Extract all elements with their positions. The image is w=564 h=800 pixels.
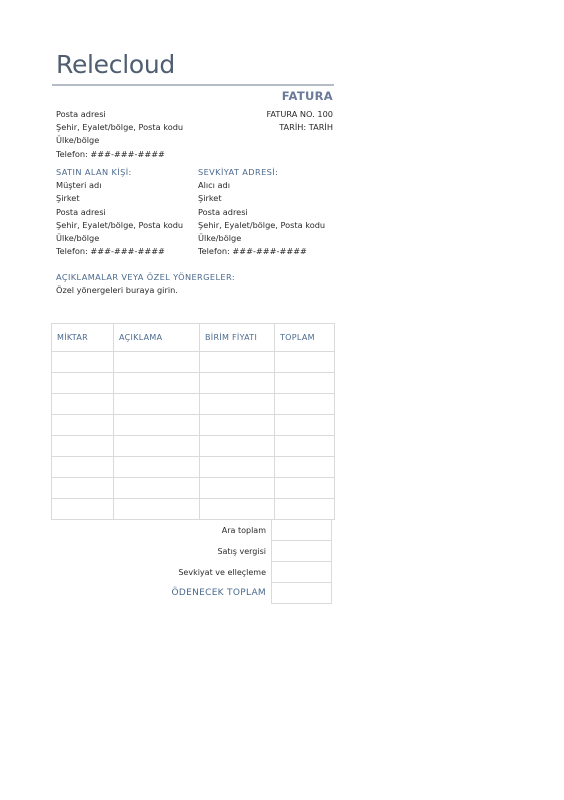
table-row bbox=[52, 499, 335, 520]
sender-line: Ülke/bölge bbox=[56, 134, 183, 147]
buyer-line: Telefon: ###-###-#### bbox=[56, 245, 183, 258]
table-cell[interactable] bbox=[114, 499, 200, 520]
table-cell[interactable] bbox=[200, 415, 275, 436]
buyer-line: Ülke/bölge bbox=[56, 232, 183, 245]
table-cell[interactable] bbox=[275, 373, 335, 394]
table-cell[interactable] bbox=[200, 394, 275, 415]
buyer-line: Posta adresi bbox=[56, 206, 183, 219]
table-cell[interactable] bbox=[52, 394, 114, 415]
table-cell[interactable] bbox=[200, 373, 275, 394]
buyer-line: Müşteri adı bbox=[56, 179, 183, 192]
table-cell[interactable] bbox=[52, 457, 114, 478]
totals-label: Ara toplam bbox=[51, 520, 272, 541]
buyer-block: SATIN ALAN KİŞİ: Müşteri adı Şirket Post… bbox=[56, 166, 183, 258]
table-cell[interactable] bbox=[52, 415, 114, 436]
table-cell[interactable] bbox=[114, 436, 200, 457]
table-cell[interactable] bbox=[52, 373, 114, 394]
shipping-line: Şehir, Eyalet/bölge, Posta kodu bbox=[198, 219, 325, 232]
header-divider bbox=[52, 84, 334, 86]
table-row bbox=[52, 352, 335, 373]
notes-text[interactable]: Özel yönergeleri buraya girin. bbox=[56, 284, 235, 297]
table-cell[interactable] bbox=[200, 499, 275, 520]
shipping-block: SEVKİYAT ADRESİ: Alıcı adı Şirket Posta … bbox=[198, 166, 325, 258]
totals-row: Satış vergisi bbox=[51, 541, 332, 562]
sender-line: Posta adresi bbox=[56, 108, 183, 121]
table-cell[interactable] bbox=[52, 352, 114, 373]
document-title: FATURA bbox=[282, 89, 333, 103]
table-cell[interactable] bbox=[114, 373, 200, 394]
table-cell[interactable] bbox=[52, 478, 114, 499]
table-cell[interactable] bbox=[114, 478, 200, 499]
table-cell[interactable] bbox=[275, 457, 335, 478]
table-row bbox=[52, 394, 335, 415]
company-name: Relecloud bbox=[56, 50, 175, 79]
shipping-line: Şirket bbox=[198, 192, 325, 205]
table-cell[interactable] bbox=[275, 478, 335, 499]
totals-row: Ara toplam bbox=[51, 520, 332, 541]
totals-label: Sevkiyat ve elleçleme bbox=[51, 562, 272, 583]
col-total: TOPLAM bbox=[275, 324, 335, 352]
col-quantity: MİKTAR bbox=[52, 324, 114, 352]
invoice-date: TARİH: TARİH bbox=[266, 121, 333, 134]
buyer-line: Şehir, Eyalet/bölge, Posta kodu bbox=[56, 219, 183, 232]
shipping-line: Alıcı adı bbox=[198, 179, 325, 192]
table-cell[interactable] bbox=[200, 478, 275, 499]
shipping-line: Telefon: ###-###-#### bbox=[198, 245, 325, 258]
table-row bbox=[52, 373, 335, 394]
sender-line: Şehir, Eyalet/bölge, Posta kodu bbox=[56, 121, 183, 134]
totals-value[interactable] bbox=[272, 520, 332, 541]
table-cell[interactable] bbox=[52, 436, 114, 457]
grand-total-value[interactable] bbox=[272, 583, 332, 604]
buyer-line: Şirket bbox=[56, 192, 183, 205]
table-cell[interactable] bbox=[200, 457, 275, 478]
totals-value[interactable] bbox=[272, 562, 332, 583]
table-cell[interactable] bbox=[275, 415, 335, 436]
col-description: AÇIKLAMA bbox=[114, 324, 200, 352]
table-row bbox=[52, 478, 335, 499]
grand-total-label: ÖDENECEK TOPLAM bbox=[51, 583, 272, 604]
notes-heading: AÇIKLAMALAR VEYA ÖZEL YÖNERGELER: bbox=[56, 271, 235, 284]
invoice-number: FATURA NO. 100 bbox=[266, 108, 333, 121]
table-cell[interactable] bbox=[275, 352, 335, 373]
col-unit-price: BİRİM FİYATI bbox=[200, 324, 275, 352]
table-cell[interactable] bbox=[200, 352, 275, 373]
table-cell[interactable] bbox=[275, 499, 335, 520]
invoice-meta: FATURA NO. 100 TARİH: TARİH bbox=[266, 108, 333, 134]
totals-value[interactable] bbox=[272, 541, 332, 562]
table-cell[interactable] bbox=[114, 394, 200, 415]
totals-table: Ara toplamSatış vergisiSevkiyat ve elleç… bbox=[51, 519, 332, 604]
sender-address: Posta adresi Şehir, Eyalet/bölge, Posta … bbox=[56, 108, 183, 161]
items-header-row: MİKTAR AÇIKLAMA BİRİM FİYATI TOPLAM bbox=[52, 324, 335, 352]
table-cell[interactable] bbox=[52, 499, 114, 520]
totals-row: Sevkiyat ve elleçleme bbox=[51, 562, 332, 583]
table-cell[interactable] bbox=[275, 436, 335, 457]
table-cell[interactable] bbox=[114, 352, 200, 373]
totals-row: ÖDENECEK TOPLAM bbox=[51, 583, 332, 604]
table-row bbox=[52, 457, 335, 478]
table-cell[interactable] bbox=[114, 415, 200, 436]
totals-label: Satış vergisi bbox=[51, 541, 272, 562]
table-cell[interactable] bbox=[114, 457, 200, 478]
shipping-heading: SEVKİYAT ADRESİ: bbox=[198, 166, 325, 179]
shipping-line: Posta adresi bbox=[198, 206, 325, 219]
table-cell[interactable] bbox=[275, 394, 335, 415]
shipping-line: Ülke/bölge bbox=[198, 232, 325, 245]
notes-block: AÇIKLAMALAR VEYA ÖZEL YÖNERGELER: Özel y… bbox=[56, 271, 235, 297]
table-row bbox=[52, 436, 335, 457]
sender-line: Telefon: ###-###-#### bbox=[56, 148, 183, 161]
table-row bbox=[52, 415, 335, 436]
buyer-heading: SATIN ALAN KİŞİ: bbox=[56, 166, 183, 179]
table-cell[interactable] bbox=[200, 436, 275, 457]
items-table: MİKTAR AÇIKLAMA BİRİM FİYATI TOPLAM bbox=[51, 323, 335, 520]
